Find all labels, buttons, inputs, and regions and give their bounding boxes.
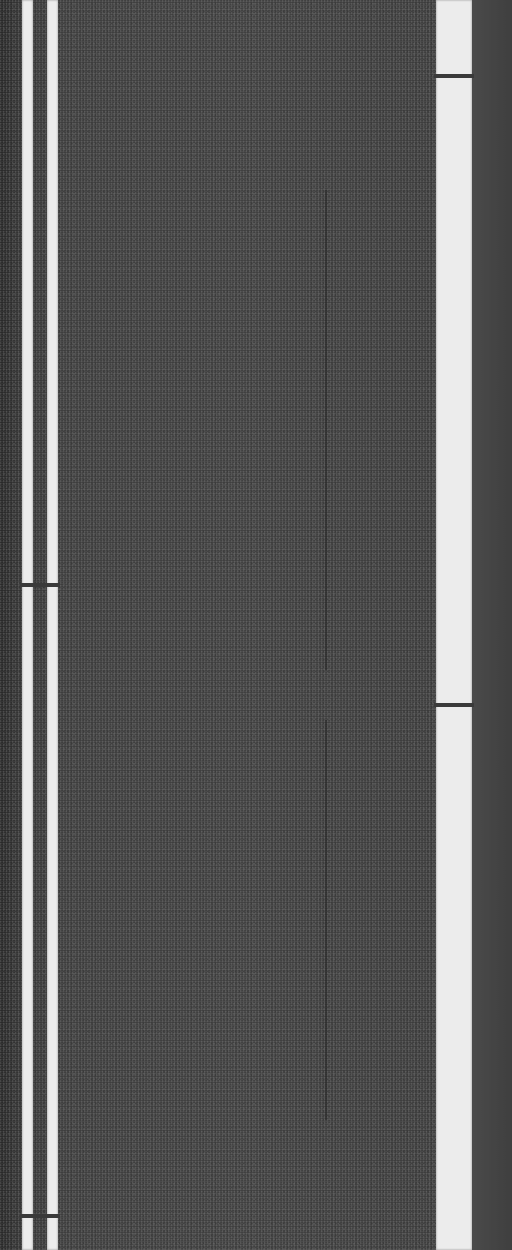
line-joint [434,703,474,707]
left-double-line-inner [47,0,58,1250]
left-double-line-outer [22,0,33,1250]
right-edge-line [436,0,472,1250]
line-joint [20,583,60,587]
line-joint [20,1214,60,1218]
pavement-crack [325,190,327,670]
road-surface [0,0,512,1250]
line-joint [434,74,474,78]
pavement-crack [325,720,327,1120]
road-shoulder-right [472,0,512,1250]
